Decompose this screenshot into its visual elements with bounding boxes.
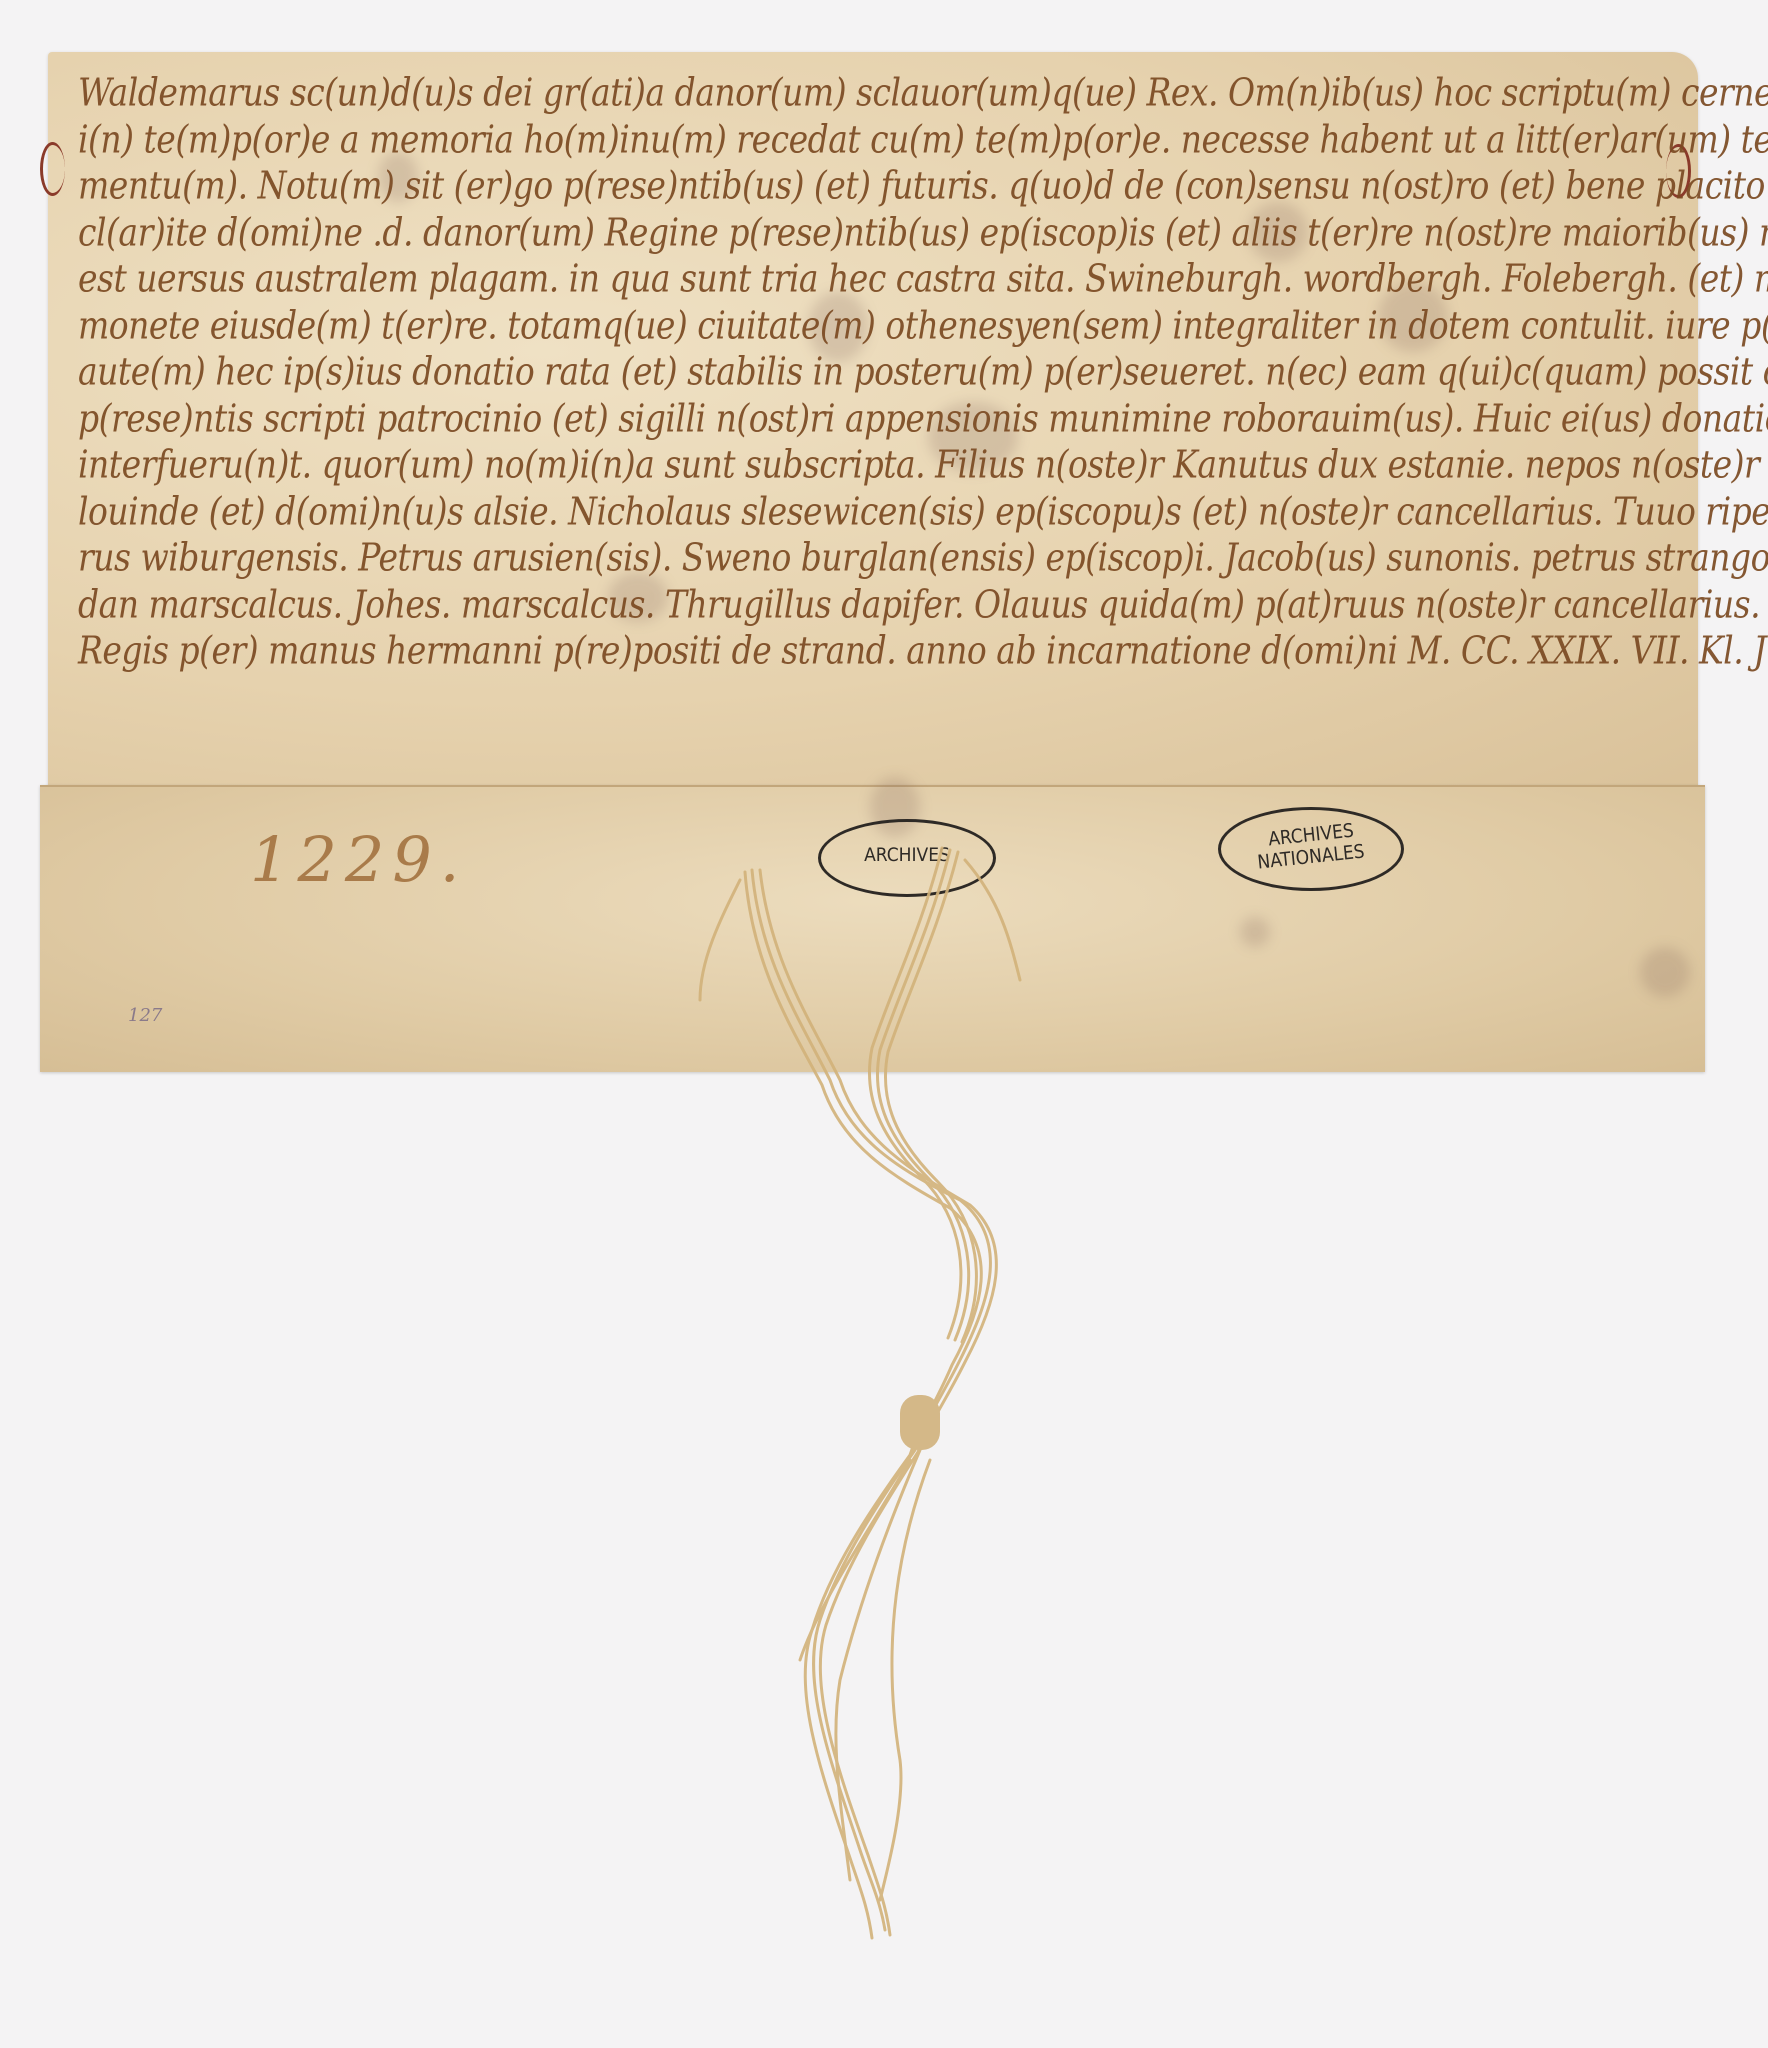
cord-knot [900,1395,940,1450]
pendant-cord-icon [0,0,1768,2048]
